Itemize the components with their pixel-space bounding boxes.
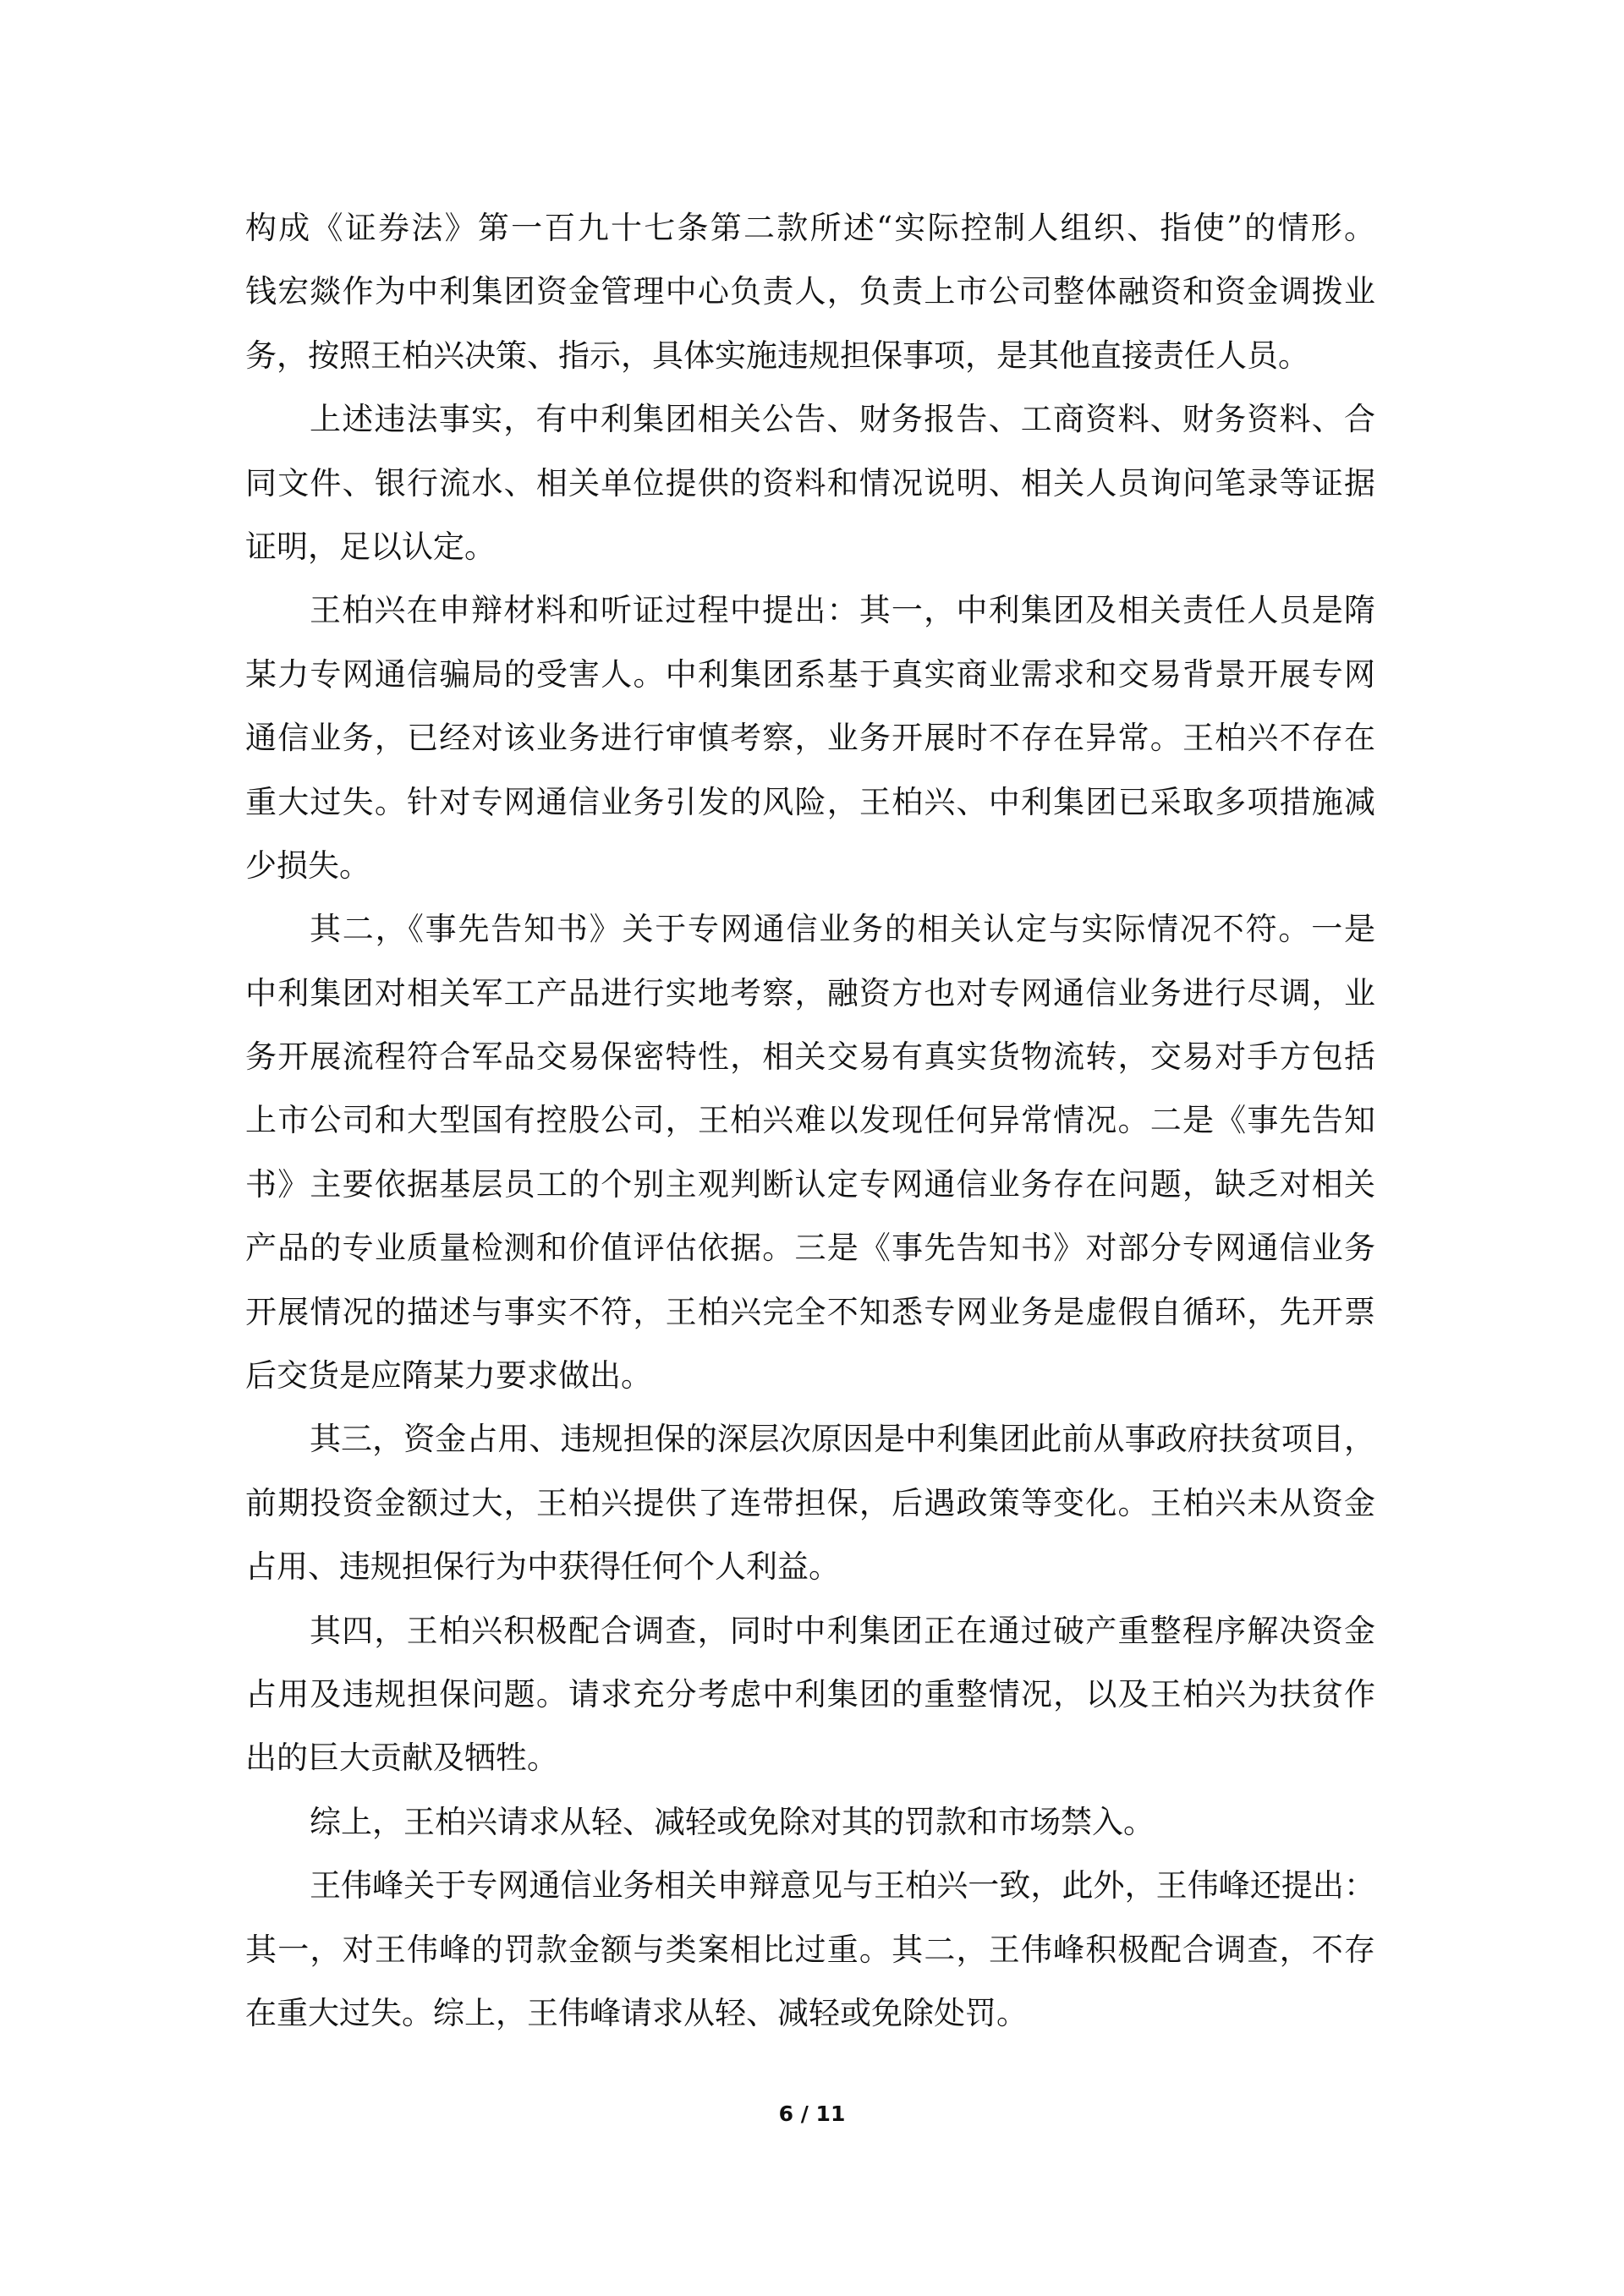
text-line: 务，按照王柏兴决策、指示，具体实施违规担保事项，是其他直接责任人员。 bbox=[245, 324, 1375, 387]
text-line: 少损失。 bbox=[245, 834, 1375, 897]
text-line: 其一，对王伟峰的罚款金额与类案相比过重。其二，王伟峰积极配合调查，不存 bbox=[245, 1918, 1375, 1981]
text-line: 某力专网通信骗局的受害人。中利集团系基于真实商业需求和交易背景开展专网 bbox=[245, 643, 1375, 706]
text-line: 王柏兴在申辩材料和听证过程中提出：其一，中利集团及相关责任人员是隋 bbox=[245, 578, 1375, 642]
text-line: 重大过失。针对专网通信业务引发的风险，王柏兴、中利集团已采取多项措施减 bbox=[245, 770, 1375, 834]
text-line: 其三，资金占用、违规担保的深层次原因是中利集团此前从事政府扶贫项目， bbox=[245, 1407, 1375, 1471]
text-line: 上述违法事实，有中利集团相关公告、财务报告、工商资料、财务资料、合 bbox=[245, 387, 1375, 451]
text-line: 开展情况的描述与事实不符，王柏兴完全不知悉专网业务是虚假自循环，先开票 bbox=[245, 1280, 1375, 1344]
paragraph-defense-point-3: 其三，资金占用、违规担保的深层次原因是中利集团此前从事政府扶贫项目， 前期投资金… bbox=[245, 1407, 1375, 1598]
text-line: 中利集团对相关军工产品进行实地考察，融资方也对专网通信业务进行尽调，业 bbox=[245, 962, 1375, 1025]
paragraph-1: 构成《证券法》第一百九十七条第二款所述“实际控制人组织、指使”的情形。 钱宏燚作… bbox=[245, 196, 1375, 387]
page-number: 6 / 11 bbox=[0, 2097, 1624, 2131]
text-line: 证明，足以认定。 bbox=[245, 515, 1375, 578]
text-line: 务开展流程符合军品交易保密特性，相关交易有真实货物流转，交易对手方包括 bbox=[245, 1025, 1375, 1088]
text-line: 王伟峰关于专网通信业务相关申辩意见与王柏兴一致，此外，王伟峰还提出： bbox=[245, 1854, 1375, 1917]
text-line: 同文件、银行流水、相关单位提供的资料和情况说明、相关人员询问笔录等证据 bbox=[245, 452, 1375, 515]
text-line: 产品的专业质量检测和价值评估依据。三是《事先告知书》对部分专网通信业务 bbox=[245, 1216, 1375, 1280]
text-line: 上市公司和大型国有控股公司，王柏兴难以发现任何异常情况。二是《事先告知 bbox=[245, 1088, 1375, 1152]
text-line: 前期投资金额过大，王柏兴提供了连带担保，后遇政策等变化。王柏兴未从资金 bbox=[245, 1471, 1375, 1535]
text-line: 后交货是应隋某力要求做出。 bbox=[245, 1344, 1375, 1407]
text-line: 其二，《事先告知书》关于专网通信业务的相关认定与实际情况不符。一是 bbox=[245, 897, 1375, 961]
paragraph-defense-point-1: 王柏兴在申辩材料和听证过程中提出：其一，中利集团及相关责任人员是隋 某力专网通信… bbox=[245, 578, 1375, 897]
text-line: 出的巨大贡献及牺牲。 bbox=[245, 1726, 1375, 1789]
text-line: 其四，王柏兴积极配合调查，同时中利集团正在通过破产重整程序解决资金 bbox=[245, 1599, 1375, 1663]
paragraph-defense-point-4: 其四，王柏兴积极配合调查，同时中利集团正在通过破产重整程序解决资金 占用及违规担… bbox=[245, 1599, 1375, 1790]
document-page: 构成《证券法》第一百九十七条第二款所述“实际控制人组织、指使”的情形。 钱宏燚作… bbox=[0, 0, 1624, 2296]
text-line: 书》主要依据基层员工的个别主观判断认定专网通信业务存在问题，缺乏对相关 bbox=[245, 1153, 1375, 1216]
paragraph-summary-request: 综上，王柏兴请求从轻、减轻或免除对其的罚款和市场禁入。 bbox=[245, 1790, 1375, 1854]
text-line: 钱宏燚作为中利集团资金管理中心负责人，负责上市公司整体融资和资金调拨业 bbox=[245, 260, 1375, 323]
document-body: 构成《证券法》第一百九十七条第二款所述“实际控制人组织、指使”的情形。 钱宏燚作… bbox=[245, 196, 1375, 2045]
text-line: 综上，王柏兴请求从轻、减轻或免除对其的罚款和市场禁入。 bbox=[245, 1790, 1375, 1854]
paragraph-evidence: 上述违法事实，有中利集团相关公告、财务报告、工商资料、财务资料、合 同文件、银行… bbox=[245, 387, 1375, 578]
text-line: 占用、违规担保行为中获得任何个人利益。 bbox=[245, 1535, 1375, 1598]
text-line: 占用及违规担保问题。请求充分考虑中利集团的重整情况，以及王柏兴为扶贫作 bbox=[245, 1663, 1375, 1726]
paragraph-wang-weifeng-defense: 王伟峰关于专网通信业务相关申辩意见与王柏兴一致，此外，王伟峰还提出： 其一，对王… bbox=[245, 1854, 1375, 2045]
paragraph-defense-point-2: 其二，《事先告知书》关于专网通信业务的相关认定与实际情况不符。一是 中利集团对相… bbox=[245, 897, 1375, 1407]
text-line: 在重大过失。综上，王伟峰请求从轻、减轻或免除处罚。 bbox=[245, 1981, 1375, 2045]
text-line: 通信业务，已经对该业务进行审慎考察，业务开展时不存在异常。王柏兴不存在 bbox=[245, 706, 1375, 770]
text-line: 构成《证券法》第一百九十七条第二款所述“实际控制人组织、指使”的情形。 bbox=[245, 196, 1375, 260]
